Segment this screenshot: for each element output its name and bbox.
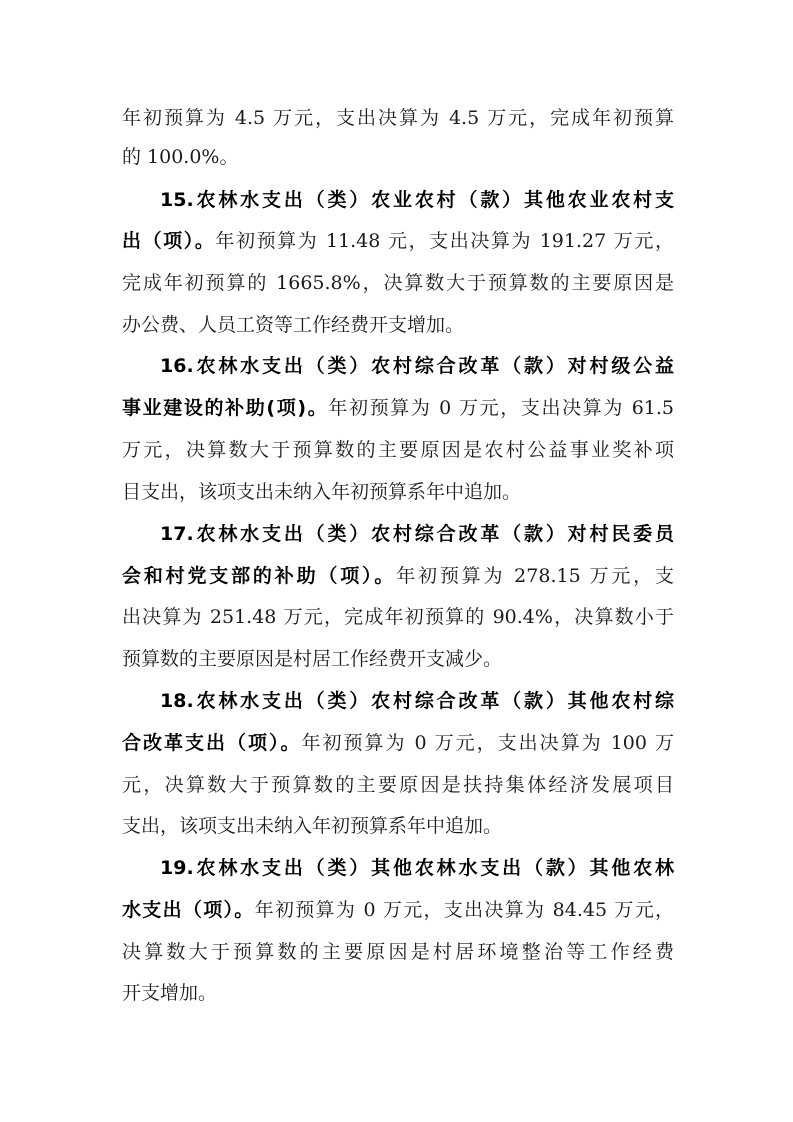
body-text: 年初预算为 4.5 万元，支出决算为 4.5 万元，完成年初预算 — [122, 107, 674, 129]
text-line: 合改革支出（项）。年初预算为 0 万元，支出决算为 100 万 — [122, 723, 674, 763]
item-heading-line: 18.农林水支出（类）农村综合改革（款）其他农村综 — [160, 681, 674, 721]
body-text: 年初预算为 0 万元，支出决算为 61.5 — [328, 397, 674, 419]
body-text: 预算数的主要原因是村居工作经费开支减少。 — [122, 648, 502, 670]
text-line: 目支出，该项支出未纳入年初预算系年中追加。 — [122, 472, 674, 512]
body-text: 出决算为 251.48 万元，完成年初预算的 90.4%，决算数小于 — [122, 606, 674, 628]
text-line: 办公费、人员工资等工作经费开支增加。 — [122, 305, 674, 345]
body-text: 年初预算为 11.48 元，支出决算为 191.27 万元， — [215, 230, 674, 252]
text-line: 出（项）。年初预算为 11.48 元，支出决算为 191.27 万元， — [122, 221, 674, 261]
text-line: 决算数大于预算数的主要原因是村居环境整治等工作经费 — [122, 932, 674, 972]
item-heading-line: 15.农林水支出（类）农业农村（款）其他农业农村支 — [160, 180, 674, 220]
bold-heading-text: 水支出（项）。 — [122, 899, 255, 921]
bold-heading-text: 事业建设的补助(项)。 — [122, 397, 328, 419]
body-text: 万元，决算数大于预算数的主要原因是农村公益事业奖补项 — [122, 439, 674, 461]
text-line: 元，决算数大于预算数的主要原因是扶持集体经济发展项目 — [122, 765, 674, 805]
text-line: 会和村党支部的补助（项）。年初预算为 278.15 万元，支 — [122, 556, 674, 596]
text-line: 完成年初预算的 1665.8%，决算数大于预算数的主要原因是 — [122, 263, 674, 303]
bold-heading-text: 15.农林水支出（类）农业农村（款）其他农业农村支 — [160, 189, 674, 211]
body-text: 年初预算为 278.15 万元，支 — [396, 565, 674, 587]
bold-heading-text: 会和村党支部的补助（项）。 — [122, 565, 396, 587]
bold-heading-text: 18.农林水支出（类）农村综合改革（款）其他农村综 — [160, 690, 674, 712]
text-line: 开支增加。 — [122, 973, 674, 1013]
item-heading-line: 17.农林水支出（类）农村综合改革（款）对村民委员 — [160, 514, 674, 554]
text-line: 预算数的主要原因是村居工作经费开支减少。 — [122, 639, 674, 679]
text-line: 年初预算为 4.5 万元，支出决算为 4.5 万元，完成年初预算 — [122, 98, 674, 138]
item-heading-line: 16.农林水支出（类）农村综合改革（款）对村级公益 — [160, 346, 674, 386]
text-line: 支出，该项支出未纳入年初预算系年中追加。 — [122, 806, 674, 846]
bold-heading-text: 合改革支出（项）。 — [122, 732, 302, 754]
text-line: 万元，决算数大于预算数的主要原因是农村公益事业奖补项 — [122, 430, 674, 470]
text-line: 事业建设的补助(项)。年初预算为 0 万元，支出决算为 61.5 — [122, 388, 674, 428]
body-text: 开支增加。 — [122, 982, 217, 1004]
body-text: 决算数大于预算数的主要原因是村居环境整治等工作经费 — [122, 941, 674, 963]
bold-heading-text: 出（项）。 — [122, 230, 215, 252]
text-line: 出决算为 251.48 万元，完成年初预算的 90.4%，决算数小于 — [122, 597, 674, 637]
body-text: 元，决算数大于预算数的主要原因是扶持集体经济发展项目 — [122, 774, 674, 796]
bold-heading-text: 16.农林水支出（类）农村综合改革（款）对村级公益 — [160, 355, 674, 377]
bold-heading-text: 17.农林水支出（类）农村综合改革（款）对村民委员 — [160, 523, 674, 545]
body-text: 年初预算为 0 万元，支出决算为 84.45 万元， — [255, 899, 674, 921]
body-text: 完成年初预算的 1665.8%，决算数大于预算数的主要原因是 — [122, 272, 674, 294]
document-page: 年初预算为 4.5 万元，支出决算为 4.5 万元，完成年初预算的 100.0%… — [0, 0, 793, 1122]
bold-heading-text: 19.农林水支出（类）其他农林水支出（款）其他农林 — [160, 857, 674, 879]
body-text: 目支出，该项支出未纳入年初预算系年中追加。 — [122, 481, 521, 503]
item-heading-line: 19.农林水支出（类）其他农林水支出（款）其他农林 — [160, 848, 674, 888]
text-line: 水支出（项）。年初预算为 0 万元，支出决算为 84.45 万元， — [122, 890, 674, 930]
body-text: 年初预算为 0 万元，支出决算为 100 万 — [302, 732, 675, 754]
text-line: 的 100.0%。 — [122, 137, 674, 177]
body-text: 的 100.0%。 — [122, 146, 239, 168]
body-text: 办公费、人员工资等工作经费开支增加。 — [122, 314, 464, 336]
body-text: 支出，该项支出未纳入年初预算系年中追加。 — [122, 815, 502, 837]
